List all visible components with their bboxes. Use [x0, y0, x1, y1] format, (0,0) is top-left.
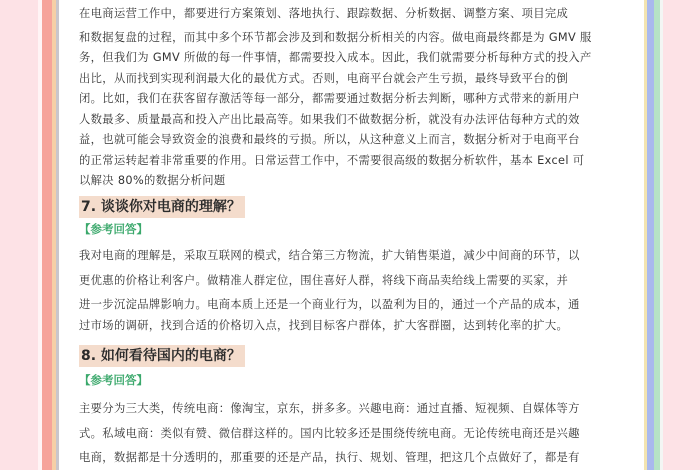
section-7-answer-tag-wrap: 【参考回答】: [79, 219, 148, 239]
section-7-heading-wrap: 7. 谈谈你对电商的理解？: [79, 196, 245, 218]
right-border-blue: [647, 0, 654, 470]
paragraph-line: 我对电商的理解是，采取互联网的模式，结合第三方物流，扩大销售渠道，减少中间商的环…: [79, 246, 580, 267]
paragraph-line: 的正常运转起着非常重要的作用。日常运营工作中，不需要很高级的数据分析软件，基本 …: [79, 151, 592, 172]
paragraph-line: 和数据复盘的过程，而其中多个环节都会涉及到和数据分析相关的内容。做电商最终都是为…: [79, 28, 592, 49]
right-border-pale: [660, 0, 663, 470]
answer-tag: 【参考回答】: [79, 219, 148, 239]
paragraph-line: 以解决 80%的数据分析问题: [79, 171, 592, 192]
section-8-body: 主要分为三大类，传统电商：像淘宝，京东，拼多多。兴趣电商：通过直播、短视频、自媒…: [79, 399, 580, 469]
paragraph-line: 闭。比如，我们在获客留存激活等每一部分，都需要通过数据分析去判断，哪种方式带来的…: [79, 89, 592, 110]
document-page: 在电商运营工作中，都要进行方案策划、落地执行、跟踪数据、分析数据、调整方案、项目…: [59, 0, 644, 470]
paragraph-line: 出比，从而找到实现利润最大化的最优方式。否则，电商平台就会产生亏损，最终导致平台…: [79, 69, 592, 90]
paragraph-line: 主要分为三大类，传统电商：像淘宝，京东，拼多多。兴趣电商：通过直播、短视频、自媒…: [79, 399, 580, 420]
section-8-answer-tag-wrap: 【参考回答】: [79, 370, 148, 390]
paragraph-line: 在电商运营工作中，都要进行方案策划、落地执行、跟踪数据、分析数据、调整方案、项目…: [79, 4, 592, 25]
paragraph-line: 更优惠的价格让利客户。做精准人群定位，围住喜好人群，将线下商品卖给线上需要的买家…: [79, 271, 580, 292]
left-border-salmon: [42, 0, 52, 470]
paragraph-line: 式。私域电商：类似有赞、微信群这样的。国内比较多还是围绕传统电商。无论传统电商还…: [79, 424, 580, 445]
section-8-heading-wrap: 8. 如何看待国内的电商？: [79, 345, 245, 367]
answer-tag: 【参考回答】: [79, 370, 148, 390]
paragraph-line: 人数最多、质量最高和投入产出比最高等。如果我们不做数据分析，就没有办法评估每种方…: [79, 110, 592, 131]
paragraph-line: 过市场的调研，找到合适的价格切入点，找到目标客户群体，扩大客群圈，达到转化率的扩…: [79, 316, 580, 337]
paragraph-line: 益，也就可能会导致资金的浪费和最终的亏损。所以，从这种意义上而言，数据分析对于电…: [79, 130, 592, 151]
section-8-heading: 8. 如何看待国内的电商？: [79, 345, 245, 367]
paragraph-line: 电商，数据都是十分透明的，那重要的还是产品，执行、规划、管理，把这几个点做好了，…: [79, 448, 580, 469]
paragraph-line: 务，但我们为 GMV 所做的每一件事情，都需要投入成本。因此，我们就需要分析每种…: [79, 48, 592, 69]
section-6-body: 在电商运营工作中，都要进行方案策划、落地执行、跟踪数据、分析数据、调整方案、项目…: [79, 4, 592, 192]
paragraph-line: 进一步沉淀品牌影响力。电商本质上还是一个商业行为，以盈利为目的，通过一个产品的成…: [79, 295, 580, 316]
section-7-body: 我对电商的理解是，采取互联网的模式，结合第三方物流，扩大销售渠道，减少中间商的环…: [79, 246, 580, 336]
section-7-heading: 7. 谈谈你对电商的理解？: [79, 196, 245, 218]
